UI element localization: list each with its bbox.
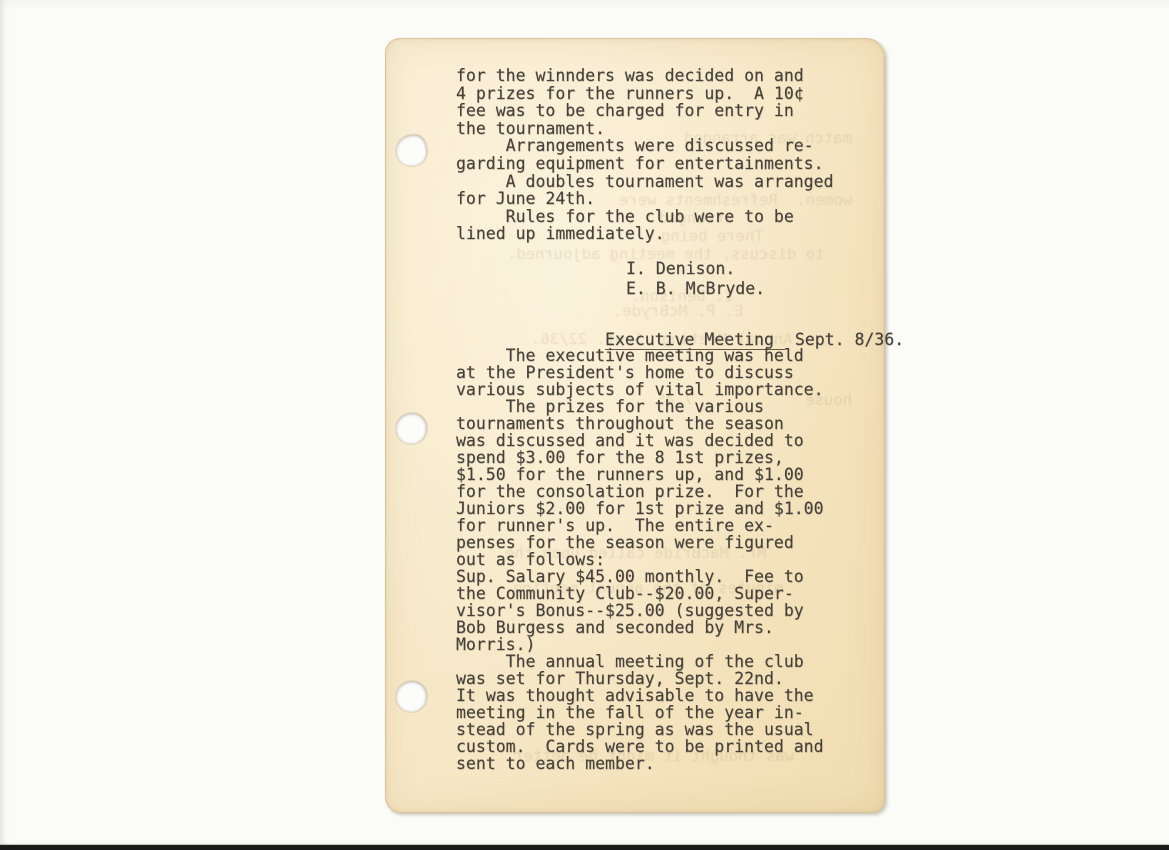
punch-hole-top	[394, 133, 430, 169]
typewritten-line: spend $3.00 for the 8 1st prizes,	[456, 449, 824, 466]
typewritten-line: lined up immediately.	[456, 225, 834, 243]
punch-hole-middle	[396, 413, 427, 444]
typewritten-line: for the winnders was decided on and	[456, 67, 834, 85]
continuation-paragraphs: for the winnders was decided on and4 pri…	[456, 67, 834, 243]
signature-line: E. B. McBryde.	[626, 279, 765, 299]
typewritten-line: A doubles tournament was arranged	[456, 173, 834, 191]
punch-hole-bottom	[396, 681, 427, 712]
typewritten-line: Sup. Salary $45.00 monthly. Fee to	[456, 568, 824, 585]
typewritten-line: meeting in the fall of the year in-	[456, 704, 824, 721]
typewritten-line: sent to each member.	[456, 755, 824, 772]
typewritten-line: The executive meeting was held	[456, 347, 824, 364]
typewritten-line: 4 prizes for the runners up. A 10¢	[456, 85, 834, 103]
typewritten-line: The annual meeting of the club	[456, 653, 824, 670]
document-page: match was arrangedwomen. Refreshments we…	[385, 38, 885, 813]
typewritten-line: Morris.)	[456, 636, 824, 653]
typewritten-line: visor's Bonus--$25.00 (suggested by	[456, 602, 824, 619]
typewritten-line: for the consolation prize. For the	[456, 483, 824, 500]
typewritten-line: fee was to be charged for entry in	[456, 102, 834, 120]
typewritten-line: at the President's home to discuss	[456, 364, 824, 381]
typewritten-line: for June 24th.	[456, 190, 834, 208]
signature-block: I. Denison.E. B. McBryde.	[626, 259, 765, 299]
typewritten-line: stead of the spring as was the usual	[456, 721, 824, 738]
typewritten-line: Arrangements were discussed re-	[456, 137, 834, 155]
typewritten-line: the tournament.	[456, 120, 834, 138]
typewritten-line: out as follows:	[456, 551, 824, 568]
typewritten-line: custom. Cards were to be printed and	[456, 738, 824, 755]
scanner-bottom-edge	[0, 845, 1169, 850]
scanner-background: match was arrangedwomen. Refreshments we…	[0, 0, 1169, 850]
typewritten-line: for runner's up. The entire ex-	[456, 517, 824, 534]
typewritten-line: Bob Burgess and seconded by Mrs.	[456, 619, 824, 636]
typewritten-line: penses for the season were figured	[456, 534, 824, 551]
typewritten-line: It was thought advisable to have the	[456, 687, 824, 704]
typewritten-line: the Community Club--$20.00, Super-	[456, 585, 824, 602]
typewritten-line: $1.50 for the runners up, and $1.00	[456, 466, 824, 483]
signature-line: I. Denison.	[626, 259, 765, 279]
typewritten-line: tournaments throughout the season	[456, 415, 824, 432]
typewritten-line: was discussed and it was decided to	[456, 432, 824, 449]
typewritten-line: Juniors $2.00 for 1st prize and $1.00	[456, 500, 824, 517]
typewritten-line: various subjects of vital importance.	[456, 381, 824, 398]
typewritten-line: was set for Thursday, Sept. 22nd.	[456, 670, 824, 687]
minutes-body: The executive meeting was heldat the Pre…	[456, 347, 824, 772]
typewritten-line: Rules for the club were to be	[456, 208, 834, 226]
typewritten-line: garding equipment for entertainments.	[456, 155, 834, 173]
typewritten-line: The prizes for the various	[456, 398, 824, 415]
